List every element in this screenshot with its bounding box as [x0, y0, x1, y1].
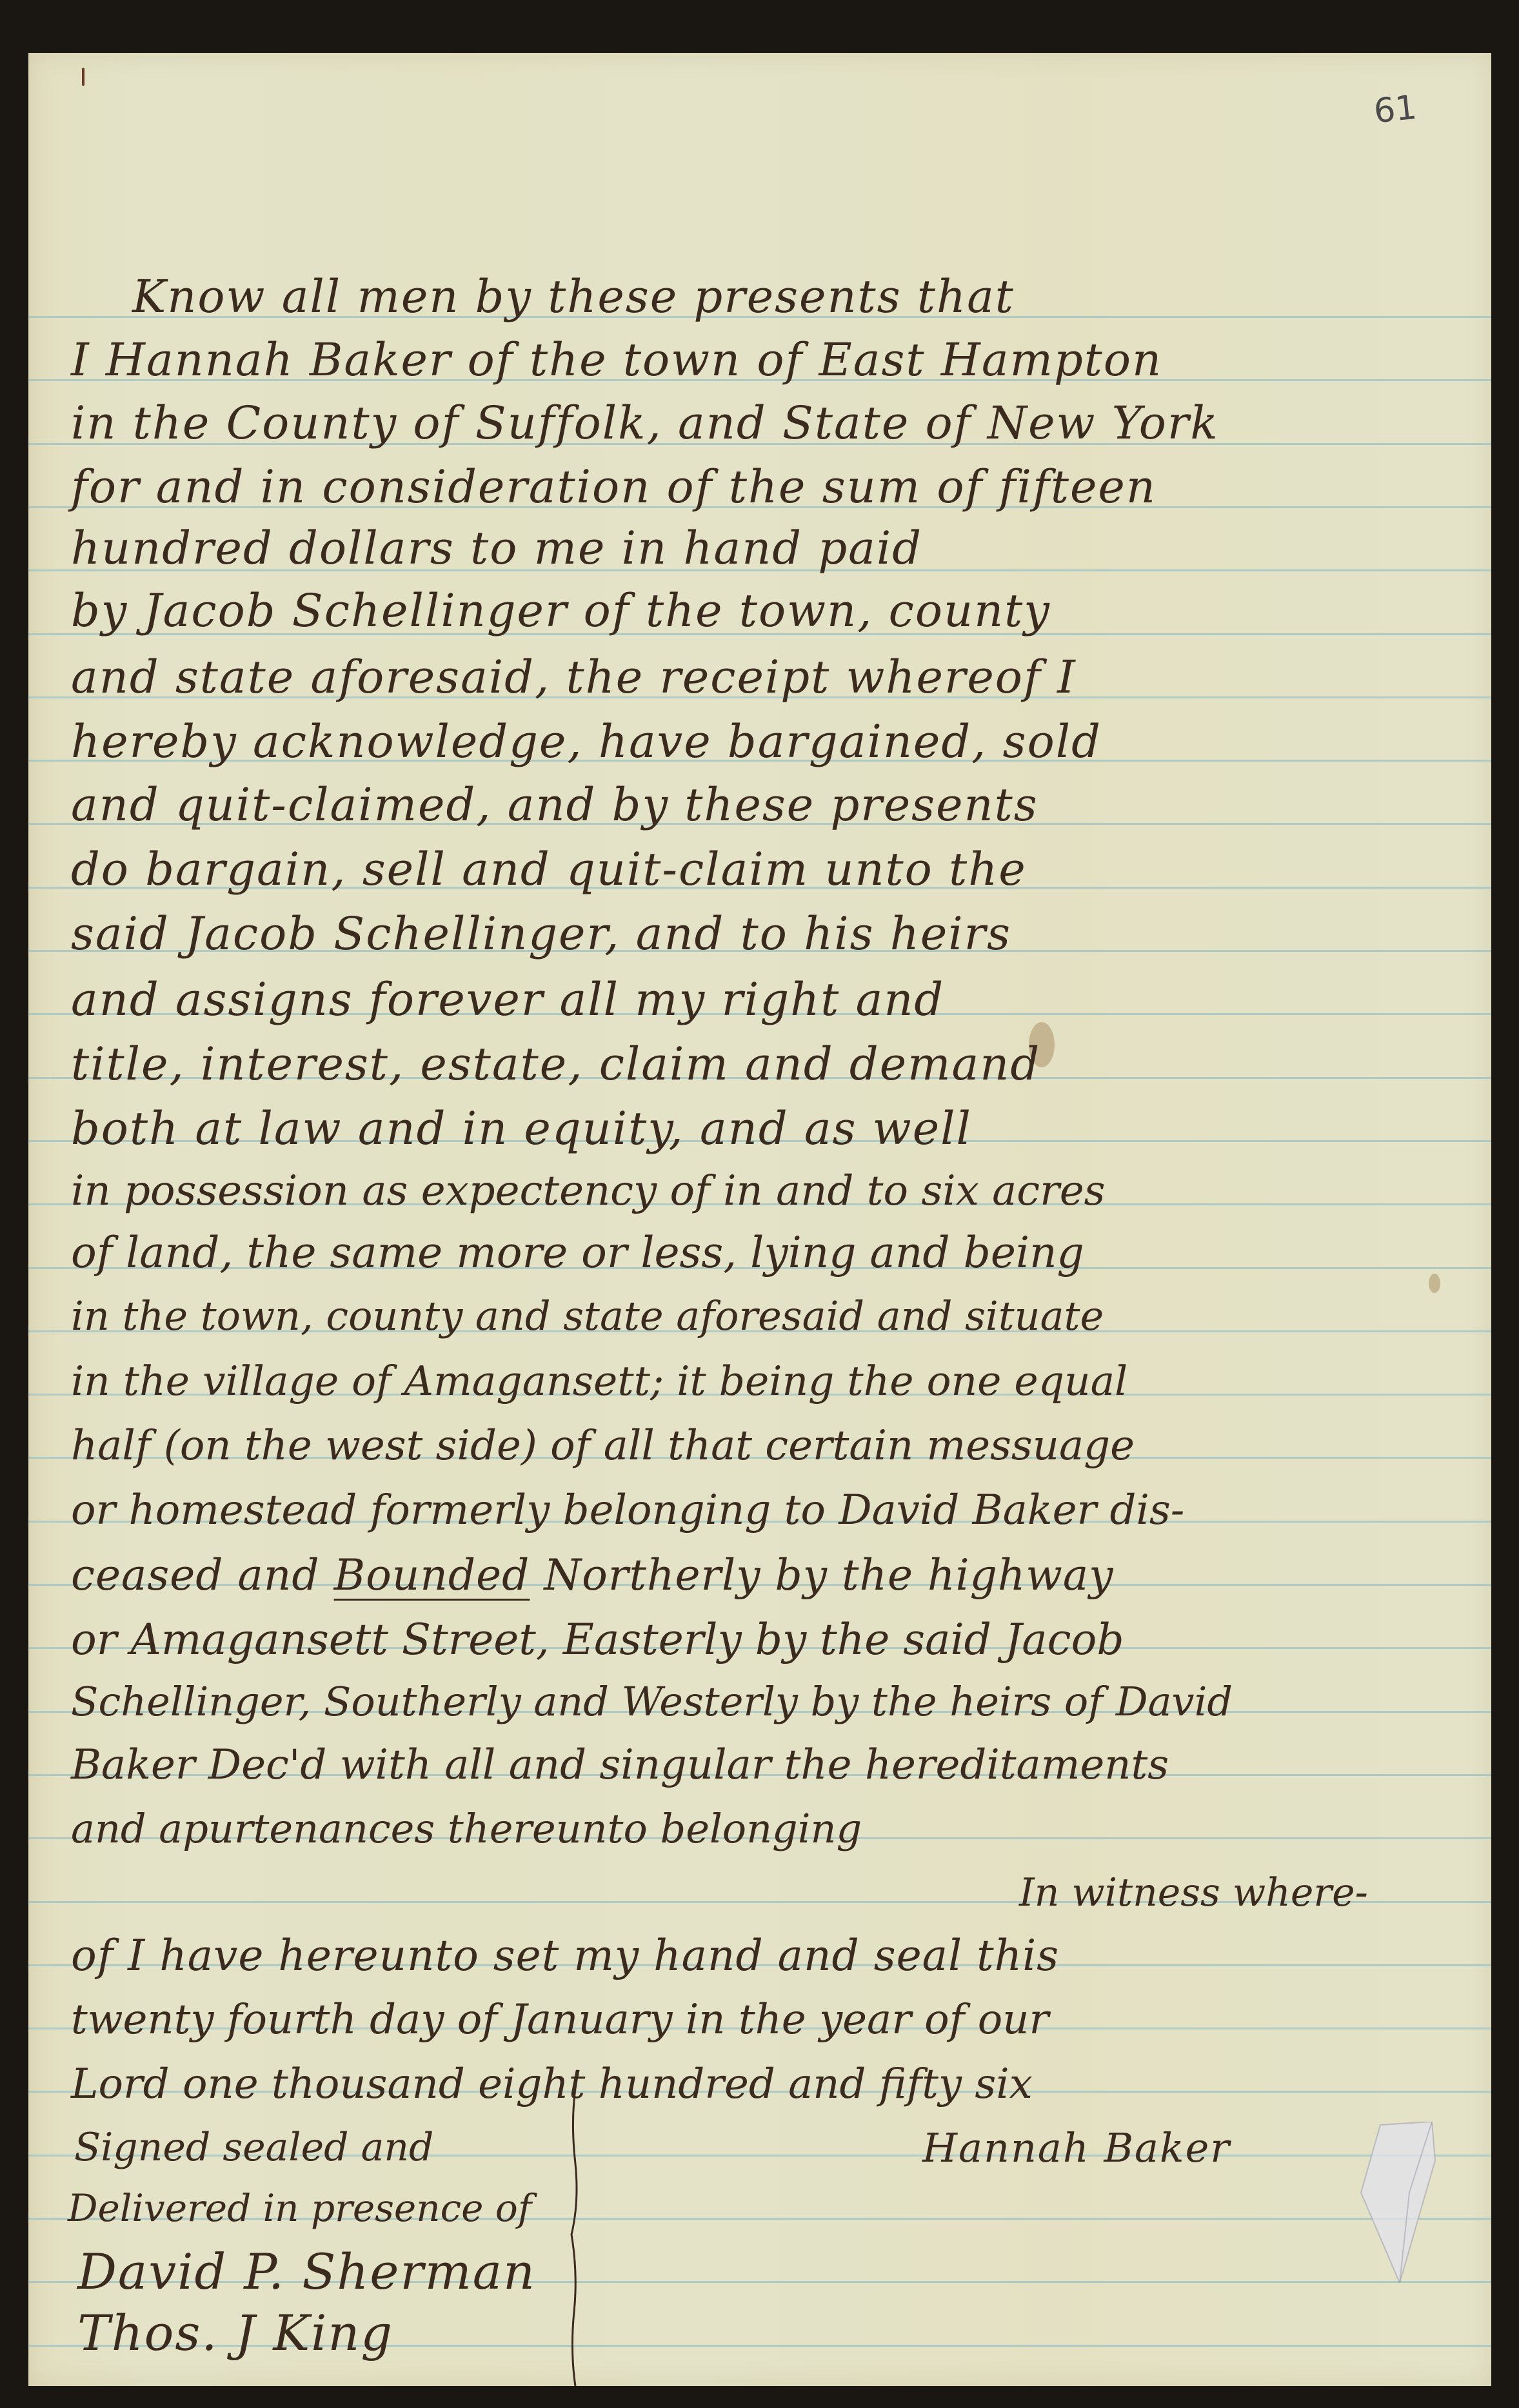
attestation-line-1: Signed sealed and — [74, 2128, 433, 2167]
bounded-suffix: Northerly by the highway — [544, 1550, 1113, 1600]
deed-line-12: and assigns forever all my right and — [71, 977, 944, 1022]
deed-line-21: ceased and Bounded Northerly by the high… — [71, 1554, 1114, 1597]
page-number: 61 — [1372, 88, 1418, 132]
deed-line-17: in the town, county and state aforesaid … — [71, 1296, 1104, 1336]
deed-line-3: in the County of Suffolk, and State of N… — [71, 400, 1219, 446]
paper-stain — [1429, 1274, 1440, 1293]
deed-line-22: or Amagansett Street, Easterly by the sa… — [71, 1619, 1124, 1661]
deed-line-18: in the village of Amagansett; it being t… — [71, 1361, 1127, 1401]
bounded-prefix: ceased and — [71, 1550, 320, 1600]
deed-line-5: hundred dollars to me in hand paid — [71, 526, 922, 571]
ink-mark — [82, 68, 84, 86]
grantor-signature: Hannah Baker — [922, 2128, 1231, 2168]
deed-line-25: and apurtenances thereunto belonging — [71, 1809, 862, 1849]
testimonium-line-1: In witness where- — [1019, 1873, 1368, 1912]
deed-line-19: half (on the west side) of all that cert… — [71, 1425, 1135, 1466]
deed-line-15: in possession as expectency of in and to… — [71, 1170, 1105, 1212]
witness-signature-1: David P. Sherman — [77, 2247, 536, 2296]
deed-line-11: said Jacob Schellinger, and to his heirs — [71, 911, 1011, 956]
deed-line-1: Know all men by these presents that — [132, 274, 1015, 319]
testimonium-line-2: of I have hereunto set my hand and seal … — [71, 1935, 1059, 1977]
deed-line-14: both at law and in equity, and as well — [71, 1106, 972, 1151]
deed-line-4: for and in consideration of the sum of f… — [71, 464, 1157, 509]
deed-line-7: and state aforesaid, the receipt whereof… — [71, 655, 1077, 700]
deed-line-8: hereby acknowledge, have bargained, sold — [71, 719, 1102, 764]
deed-line-9: and quit-claimed, and by these presents — [71, 782, 1038, 827]
testimonium-line-3: twenty fourth day of January in the year… — [71, 1999, 1049, 2040]
bounded-underlined-word: Bounded — [334, 1550, 530, 1600]
witness-signature-2: Thos. J King — [77, 2309, 393, 2358]
attestation-line-2: Delivered in presence of — [68, 2189, 531, 2227]
deed-line-20: or homestead formerly belonging to David… — [71, 1490, 1184, 1531]
deed-line-24: Baker Dec'd with all and singular the he… — [71, 1744, 1169, 1786]
deed-line-10: do bargain, sell and quit-claim unto the — [71, 847, 1027, 892]
deed-line-2: I Hannah Baker of the town of East Hampt… — [71, 337, 1162, 382]
deed-line-6: by Jacob Schellinger of the town, county — [71, 588, 1051, 633]
deed-line-13: title, interest, estate, claim and deman… — [71, 1041, 1040, 1087]
testimonium-line-4: Lord one thousand eight hundred and fift… — [71, 2064, 1033, 2105]
wafer-seal — [1355, 2122, 1438, 2283]
deed-line-16: of land, the same more or less, lying an… — [71, 1232, 1084, 1274]
deed-line-23: Schellinger, Southerly and Westerly by t… — [71, 1682, 1233, 1722]
attestation-brace — [568, 2080, 581, 2386]
